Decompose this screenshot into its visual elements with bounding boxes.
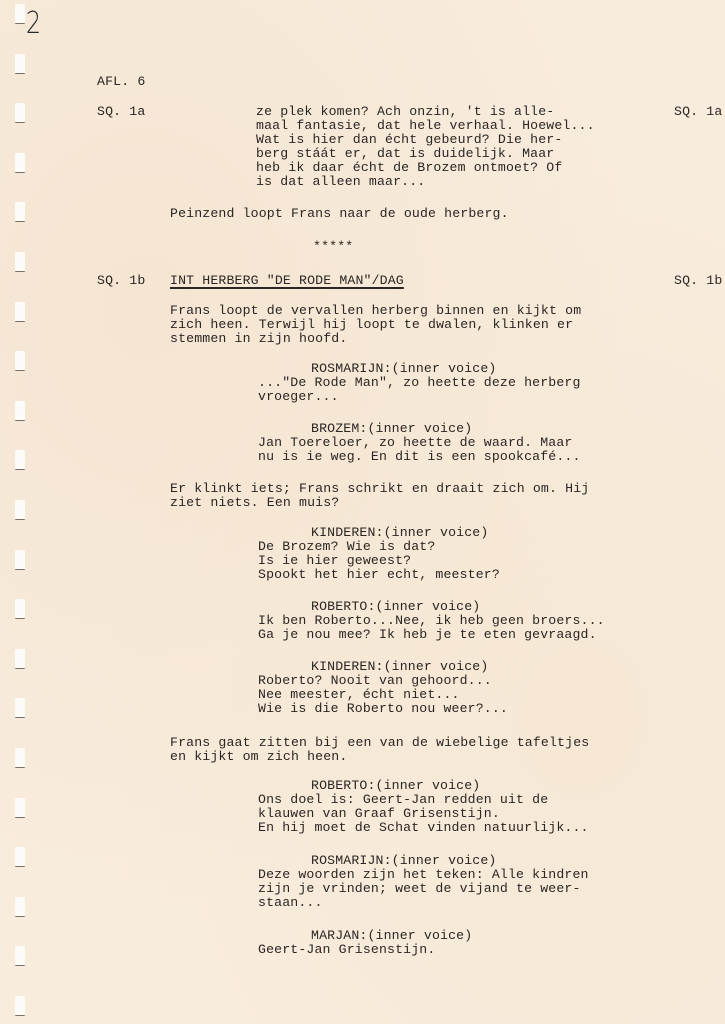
action-block: Er klinkt iets; Frans schrikt en draait … bbox=[170, 482, 589, 510]
character-cue: ROSMARIJN:(inner voice) bbox=[258, 854, 589, 868]
action-line: Peinzend loopt Frans naar de oude herber… bbox=[170, 207, 509, 221]
dialogue-line: Nee meester, écht niet... bbox=[258, 688, 508, 702]
dialogue-block: KINDEREN:(inner voice) De Brozem? Wie is… bbox=[258, 526, 500, 582]
binding-hole bbox=[15, 550, 25, 570]
binding-hole bbox=[15, 847, 25, 867]
scene-number-right: SQ. 1a bbox=[674, 105, 722, 119]
dialogue-line: Roberto? Nooit van gehoord... bbox=[258, 674, 508, 688]
binding-hole bbox=[15, 103, 25, 123]
dialogue-line: Spookt het hier echt, meester? bbox=[258, 568, 500, 582]
action-line: en kijkt om zich heen. bbox=[170, 750, 589, 764]
binding-hole bbox=[15, 649, 25, 669]
binding-hole bbox=[15, 698, 25, 718]
character-cue: ROBERTO:(inner voice) bbox=[258, 600, 605, 614]
scene-separator: ***** bbox=[313, 240, 353, 254]
binding-hole bbox=[15, 996, 25, 1016]
dialogue-line: Is ie hier geweest? bbox=[258, 554, 500, 568]
dialogue-block: ROBERTO:(inner voice) Ons doel is: Geert… bbox=[258, 779, 589, 835]
character-cue: MARJAN:(inner voice) bbox=[258, 929, 472, 943]
character-cue: KINDEREN:(inner voice) bbox=[258, 660, 508, 674]
dialogue-line: En hij moet de Schat vinden natuurlijk..… bbox=[258, 821, 589, 835]
action-line: Frans gaat zitten bij een van de wiebeli… bbox=[170, 736, 589, 750]
dialogue-line: is dat alleen maar... bbox=[256, 175, 595, 189]
binding-hole bbox=[15, 599, 25, 619]
dialogue-line: De Brozem? Wie is dat? bbox=[258, 540, 500, 554]
action-line: zich heen. Terwijl hij loopt te dwalen, … bbox=[170, 318, 581, 332]
dialogue-line: ze plek komen? Ach onzin, 't is alle- bbox=[256, 105, 595, 119]
dialogue-block: MARJAN:(inner voice) Geert-Jan Grisensti… bbox=[258, 929, 472, 957]
dialogue-block: KINDEREN:(inner voice) Roberto? Nooit va… bbox=[258, 660, 508, 716]
action-line: ziet niets. Een muis? bbox=[170, 496, 589, 510]
handwritten-page-number: 2 bbox=[26, 6, 41, 41]
binding-hole bbox=[15, 500, 25, 520]
dialogue-line: nu is ie weg. En dit is een spookcafé... bbox=[258, 450, 581, 464]
dialogue-line: Geert-Jan Grisenstijn. bbox=[258, 943, 472, 957]
character-cue: ROSMARIJN:(inner voice) bbox=[258, 362, 581, 376]
dialogue-continuation: ze plek komen? Ach onzin, 't is alle- ma… bbox=[256, 105, 595, 189]
binding-hole bbox=[15, 302, 25, 322]
dialogue-line: maal fantasie, dat hele verhaal. Hoewel.… bbox=[256, 119, 595, 133]
dialogue-line: heb ik daar écht de Brozem ontmoet? Of bbox=[256, 161, 595, 175]
script-page: 2 AFL. 6 SQ. 1a SQ. 1a ze plek komen? Ac… bbox=[0, 0, 725, 1024]
binding-hole bbox=[15, 450, 25, 470]
binding-hole bbox=[15, 401, 25, 421]
dialogue-line: klauwen van Graaf Grisenstijn. bbox=[258, 807, 589, 821]
scene-number-right: SQ. 1b bbox=[674, 274, 722, 288]
binding-hole bbox=[15, 351, 25, 371]
binding-hole bbox=[15, 946, 25, 966]
dialogue-line: Deze woorden zijn het teken: Alle kindre… bbox=[258, 868, 589, 882]
dialogue-line: ..."De Rode Man", zo heette deze herberg bbox=[258, 376, 581, 390]
action-line: stemmen in zijn hoofd. bbox=[170, 332, 581, 346]
binding-hole bbox=[15, 4, 25, 24]
character-cue: KINDEREN:(inner voice) bbox=[258, 526, 500, 540]
action-line: Frans loopt de vervallen herberg binnen … bbox=[170, 304, 581, 318]
dialogue-block: ROSMARIJN:(inner voice) ..."De Rode Man"… bbox=[258, 362, 581, 404]
dialogue-block: BROZEM:(inner voice) Jan Toereloer, zo h… bbox=[258, 422, 581, 464]
binding-hole bbox=[15, 798, 25, 818]
character-cue: BROZEM:(inner voice) bbox=[258, 422, 581, 436]
scene-number-left: SQ. 1a bbox=[97, 105, 145, 119]
dialogue-line: Wie is die Roberto nou weer?... bbox=[258, 702, 508, 716]
episode-label: AFL. 6 bbox=[97, 75, 145, 89]
action-block: Frans gaat zitten bij een van de wiebeli… bbox=[170, 736, 589, 764]
binding-hole bbox=[15, 252, 25, 272]
dialogue-line: Jan Toereloer, zo heette de waard. Maar bbox=[258, 436, 581, 450]
binding-hole bbox=[15, 897, 25, 917]
dialogue-line: Wat is hier dan écht gebeurd? Die her- bbox=[256, 133, 595, 147]
binding-hole bbox=[15, 153, 25, 173]
dialogue-line: vroeger... bbox=[258, 390, 581, 404]
scene-heading: INT HERBERG "DE RODE MAN"/DAG bbox=[170, 274, 404, 288]
binding-hole bbox=[15, 748, 25, 768]
dialogue-line: berg stáát er, dat is duidelijk. Maar bbox=[256, 147, 595, 161]
binding-hole bbox=[15, 54, 25, 74]
dialogue-line: Ik ben Roberto...Nee, ik heb geen broers… bbox=[258, 614, 605, 628]
dialogue-block: ROSMARIJN:(inner voice) Deze woorden zij… bbox=[258, 854, 589, 910]
action-block: Frans loopt de vervallen herberg binnen … bbox=[170, 304, 581, 346]
binding-hole bbox=[15, 202, 25, 222]
dialogue-line: Ga je nou mee? Ik heb je te eten gevraag… bbox=[258, 628, 605, 642]
dialogue-line: Ons doel is: Geert-Jan redden uit de bbox=[258, 793, 589, 807]
dialogue-line: zijn je vrinden; weet de vijand te weer- bbox=[258, 882, 589, 896]
action-line: Er klinkt iets; Frans schrikt en draait … bbox=[170, 482, 589, 496]
dialogue-block: ROBERTO:(inner voice) Ik ben Roberto...N… bbox=[258, 600, 605, 642]
character-cue: ROBERTO:(inner voice) bbox=[258, 779, 589, 793]
scene-number-left: SQ. 1b bbox=[97, 274, 145, 288]
dialogue-line: staan... bbox=[258, 896, 589, 910]
